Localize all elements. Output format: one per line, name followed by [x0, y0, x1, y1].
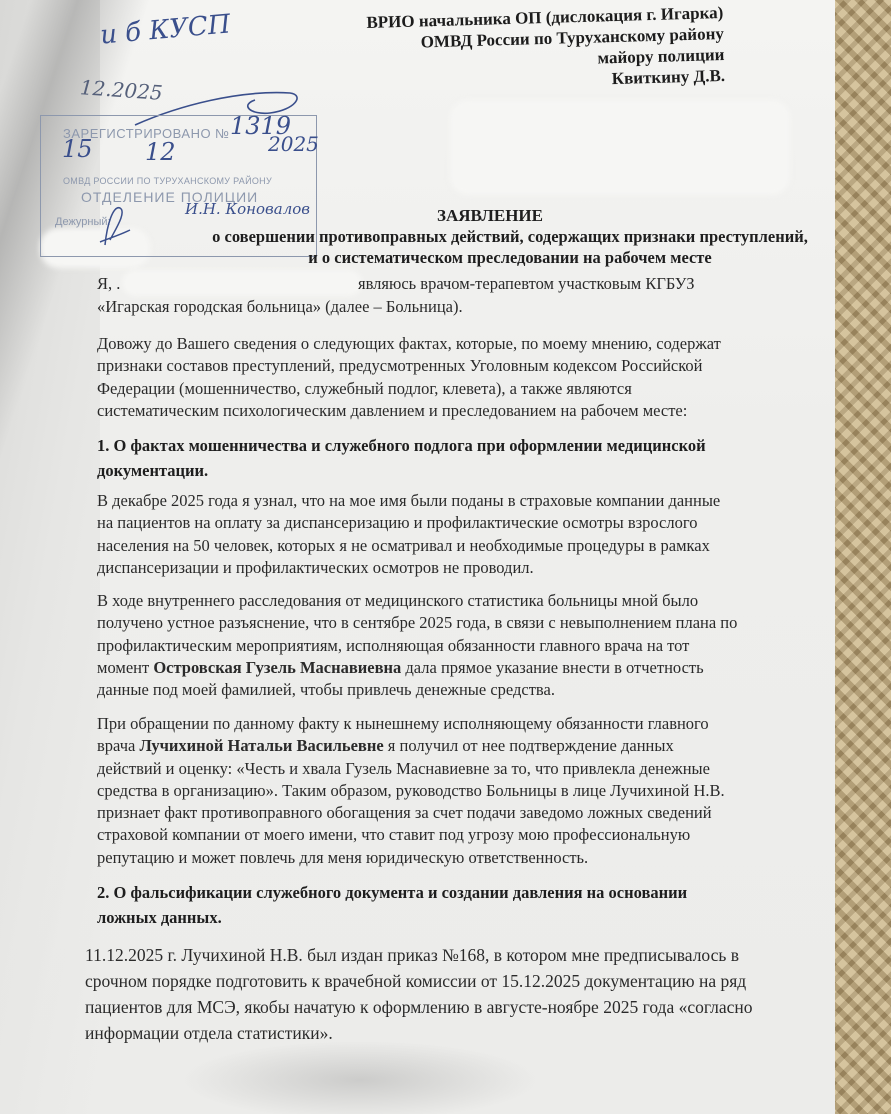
redacted-area — [450, 100, 790, 195]
document-subtitle: и о систематическом преследовании на раб… — [210, 247, 810, 268]
intro-text: являюсь врачом-терапевтом участковым КГБ… — [358, 273, 695, 295]
handwritten-reg-year: 2025 — [268, 132, 319, 156]
preamble-paragraph: Довожу до Вашего сведения о следующих фа… — [97, 333, 817, 422]
section-1-paragraph-3: При обращении по данному факту к нынешне… — [97, 713, 817, 869]
addressee-block: ВРИО начальника ОП (дислокация г. Игарка… — [366, 2, 725, 96]
handwritten-reg-month: 12 — [145, 138, 176, 166]
section-1-paragraph-1: В декабре 2025 года я узнал, что на мое … — [97, 490, 817, 579]
document-title: ЗАЯВЛЕНИЕ — [170, 205, 810, 226]
document-subtitle: о совершении противоправных действий, со… — [210, 226, 810, 247]
document-title-block: ЗАЯВЛЕНИЕ о совершении противоправных де… — [210, 205, 810, 268]
section-1-paragraph-2: В ходе внутреннего расследования от меди… — [97, 590, 817, 701]
duty-officer-signature — [95, 200, 135, 250]
person-name: Островская Гузель Маснавиевна — [153, 658, 401, 677]
document-page: ВРИО начальника ОП (дислокация г. Игарка… — [0, 0, 835, 1114]
section-2-paragraph-1: 11.12.2025 г. Лучихиной Н.В. был издан п… — [85, 942, 805, 1046]
section-1-heading: 1. О фактах мошенничества и служебного п… — [97, 433, 817, 483]
redacted-name — [122, 270, 362, 296]
section-2-heading: 2. О фальсификации служебного документа … — [97, 880, 817, 930]
person-name: Лучихиной Натальи Васильевне — [139, 736, 383, 755]
intro-prefix: Я, . — [97, 273, 120, 295]
page-shadow-bottom — [180, 1040, 540, 1114]
stamp-department: ОМВД РОССИИ ПО ТУРУХАНСКОМУ РАЙОНУ — [63, 176, 272, 186]
handwritten-reg-day: 15 — [62, 135, 93, 163]
intro-text: «Игарская городская больница» (далее – Б… — [97, 296, 463, 318]
